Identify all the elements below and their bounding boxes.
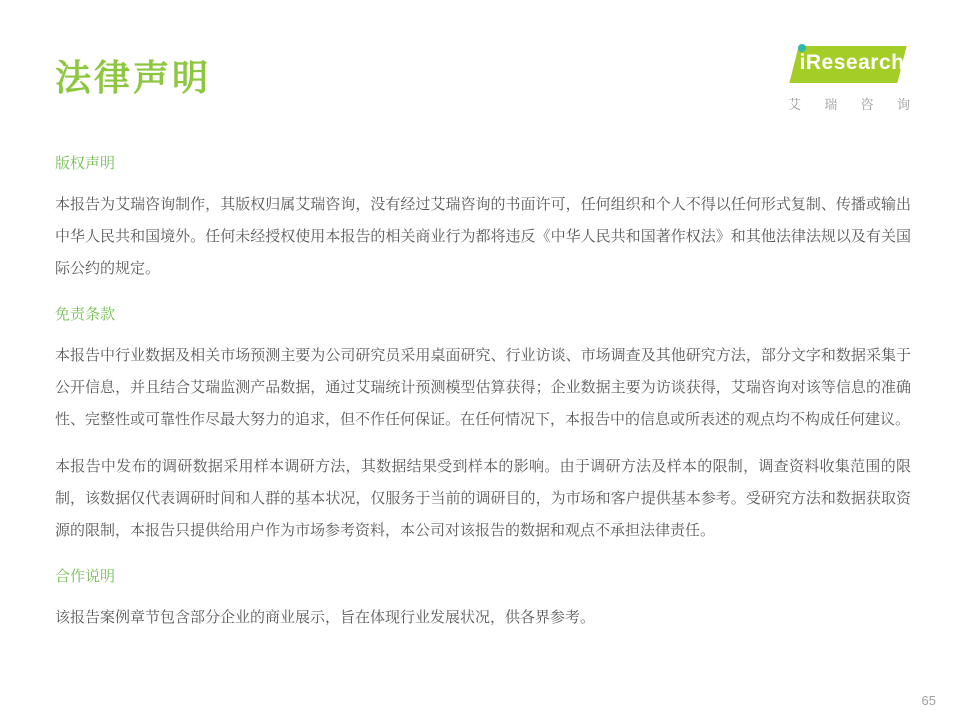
logo-word-rest: Research bbox=[806, 51, 905, 74]
logo-subtitle-char: 艾 bbox=[788, 94, 801, 113]
logo-subtitle-char: 瑞 bbox=[824, 94, 837, 113]
iresearch-logo: iResearch 艾 瑞 咨 询 bbox=[788, 44, 910, 113]
legal-content: 版权声明 本报告为艾瑞咨询制作，其版权归属艾瑞咨询，没有经过艾瑞咨询的书面许可，… bbox=[55, 152, 911, 649]
logo-i-dot-icon bbox=[798, 44, 806, 52]
section-disclaimer: 免责条款 本报告中行业数据及相关市场预测主要为公司研究员采用桌面研究、行业访谈、… bbox=[55, 303, 911, 547]
section-copyright: 版权声明 本报告为艾瑞咨询制作，其版权归属艾瑞咨询，没有经过艾瑞咨询的书面许可，… bbox=[55, 152, 911, 285]
logo-subtitle: 艾 瑞 咨 询 bbox=[788, 94, 910, 113]
legal-statement-page: 法律声明 iResearch 艾 瑞 咨 询 版权声明 本报告为艾瑞咨询制作，其… bbox=[0, 0, 960, 720]
page-title: 法律声明 bbox=[55, 50, 211, 101]
section-heading-cooperation: 合作说明 bbox=[55, 565, 911, 586]
page-number: 65 bbox=[922, 693, 936, 708]
section-cooperation: 合作说明 该报告案例章节包含部分企业的商业展示，旨在体现行业发展状况，供各界参考… bbox=[55, 565, 911, 634]
disclaimer-paragraph-1: 本报告中行业数据及相关市场预测主要为公司研究员采用桌面研究、行业访谈、市场调查及… bbox=[55, 340, 911, 436]
logo-subtitle-char: 咨 bbox=[861, 94, 874, 113]
copyright-paragraph: 本报告为艾瑞咨询制作，其版权归属艾瑞咨询，没有经过艾瑞咨询的书面许可，任何组织和… bbox=[55, 189, 911, 285]
cooperation-paragraph: 该报告案例章节包含部分企业的商业展示，旨在体现行业发展状况，供各界参考。 bbox=[55, 602, 911, 634]
section-heading-copyright: 版权声明 bbox=[55, 152, 911, 173]
logo-wordmark: iResearch bbox=[798, 51, 906, 75]
section-heading-disclaimer: 免责条款 bbox=[55, 303, 911, 324]
disclaimer-paragraph-2: 本报告中发布的调研数据采用样本调研方法，其数据结果受到样本的影响。由于调研方法及… bbox=[55, 451, 911, 547]
iresearch-logo-mark: iResearch bbox=[788, 44, 910, 84]
logo-subtitle-char: 询 bbox=[897, 94, 910, 113]
